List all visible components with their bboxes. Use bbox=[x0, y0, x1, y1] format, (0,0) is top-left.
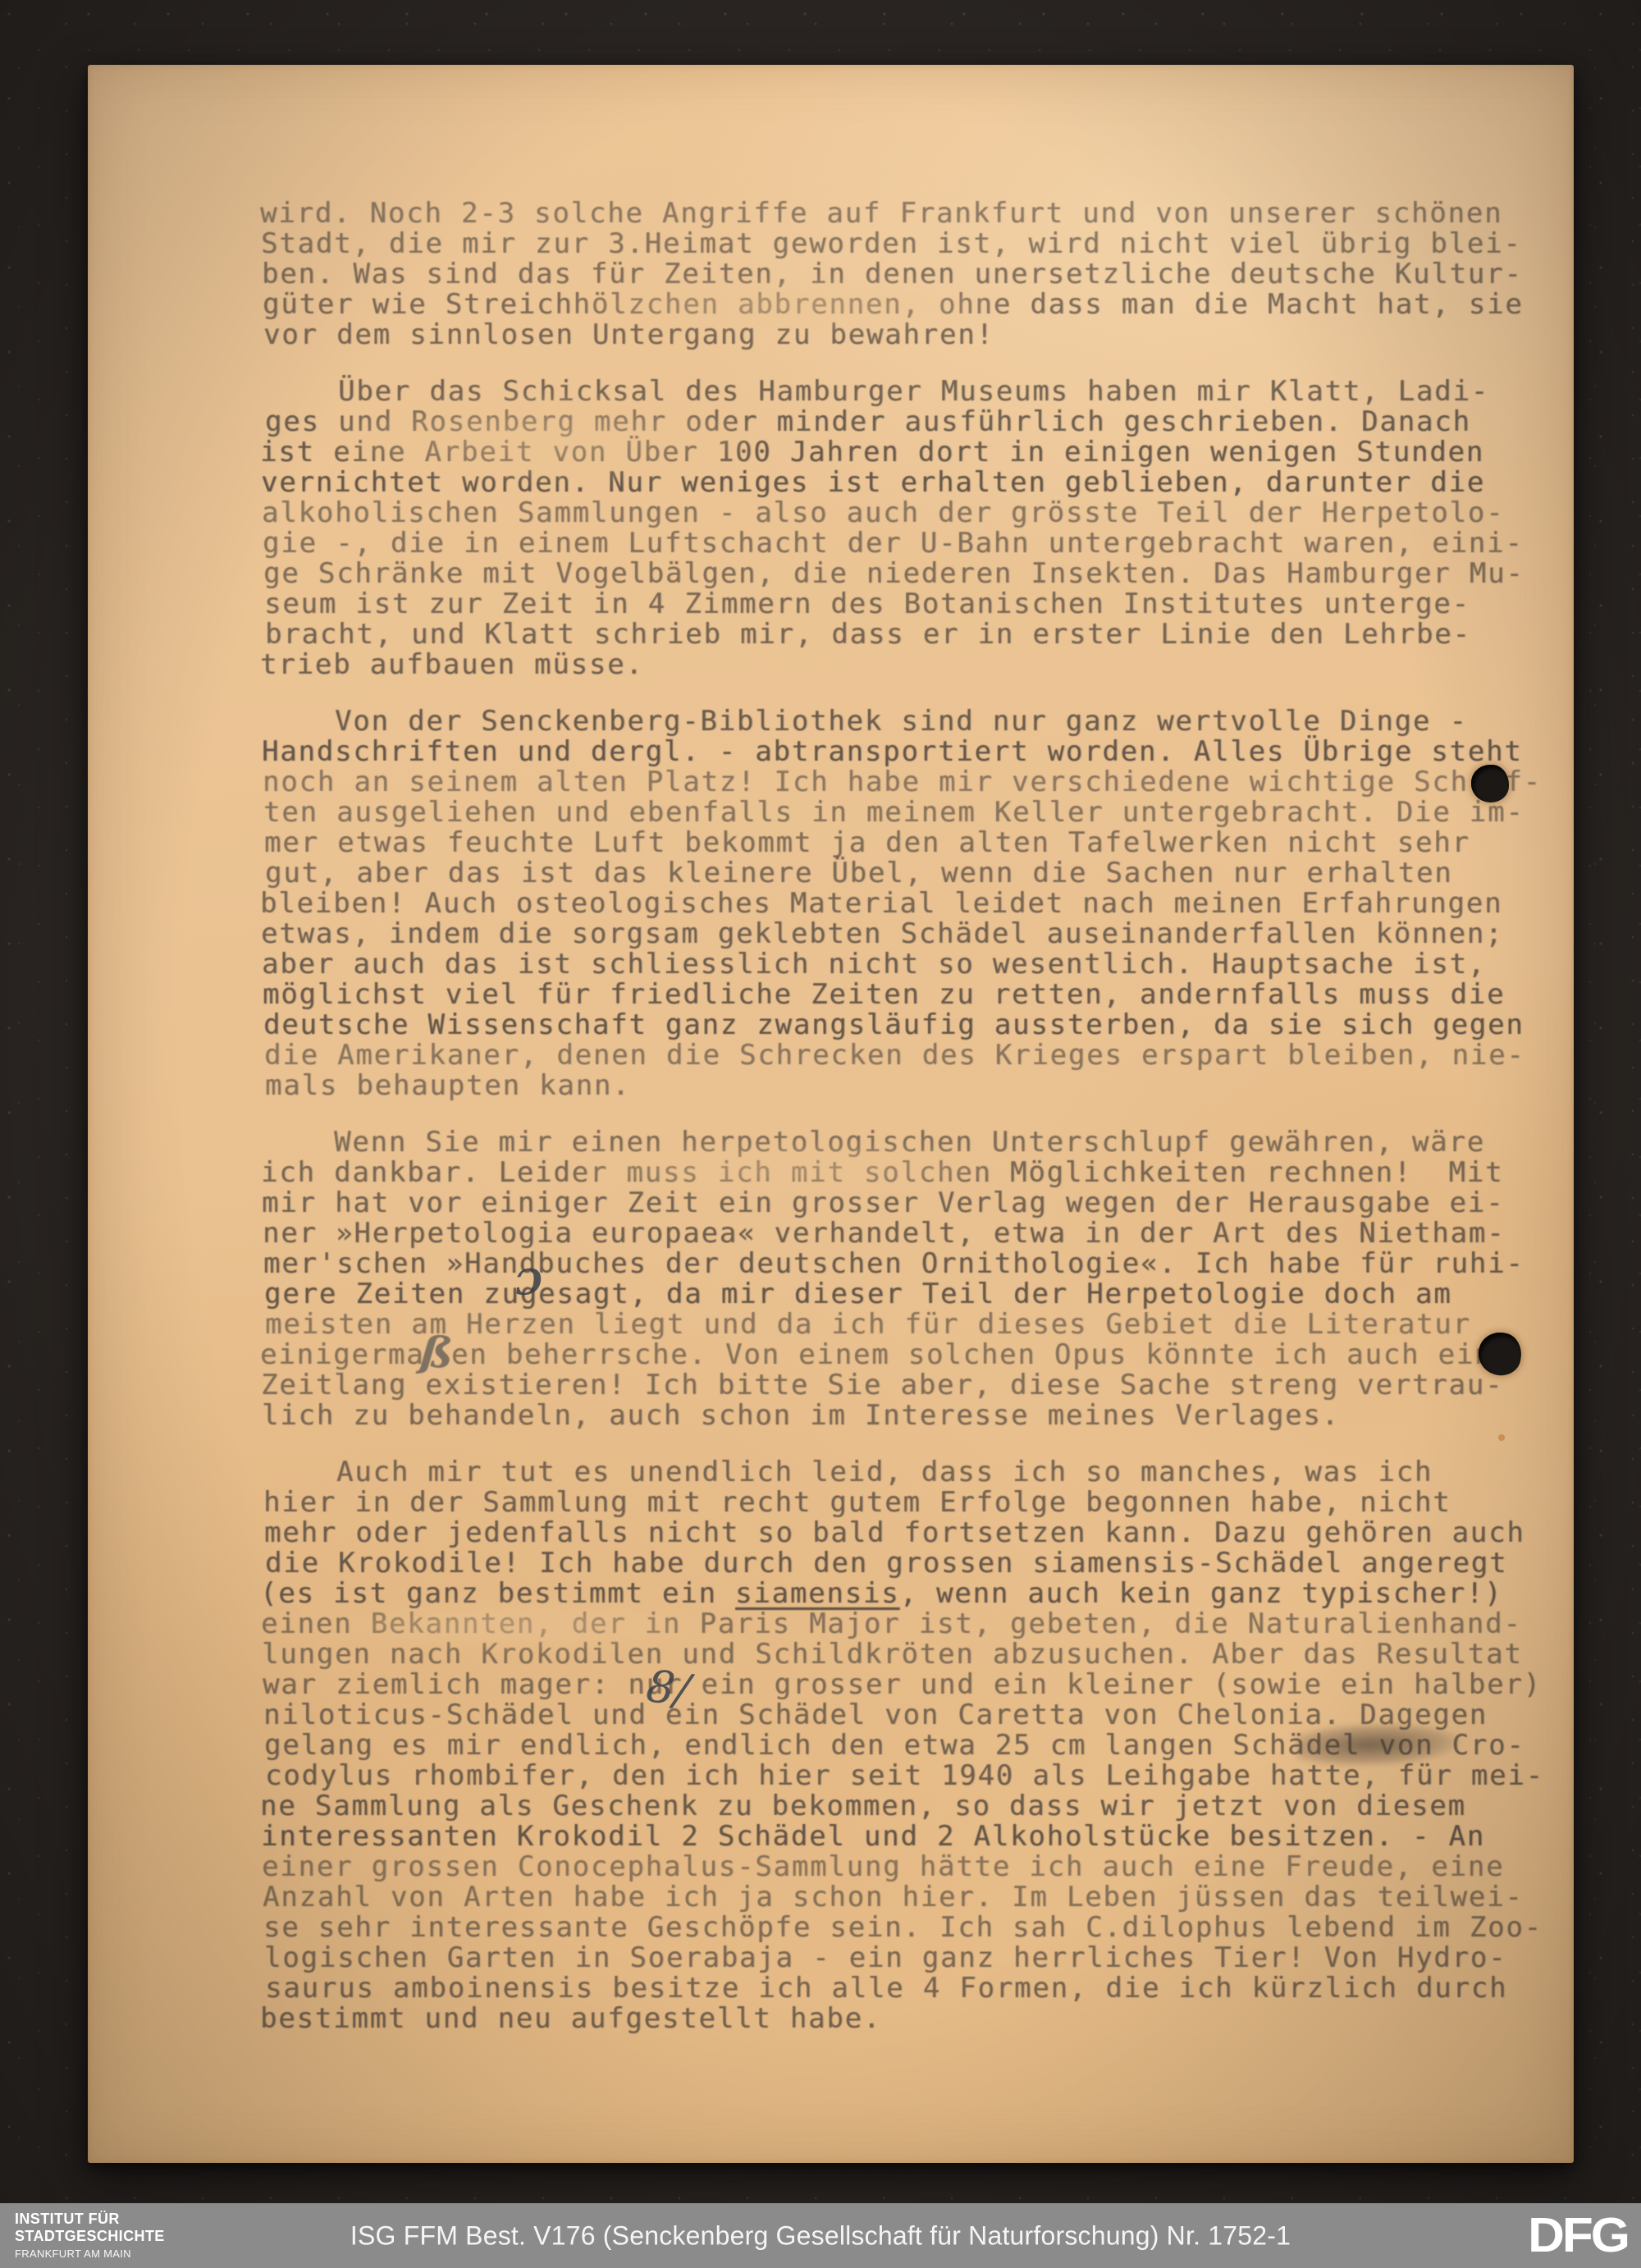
typed-line: seum ist zur Zeit in 4 Zimmern des Botan… bbox=[264, 589, 1577, 620]
typed-line: Von der Senckenberg-Bibliothek sind nur … bbox=[261, 706, 1574, 737]
typed-line: meisten am Herzen liegt und da ich für d… bbox=[265, 1310, 1578, 1340]
underlined-word: siamensis bbox=[735, 1577, 899, 1610]
typed-line: güter wie Streichhölzchen abbrennen, ohn… bbox=[263, 290, 1575, 320]
typed-line: bestimmt und neu aufgestellt habe. bbox=[260, 2004, 1573, 2034]
institute-line: INSTITUT FÜR bbox=[15, 2211, 165, 2228]
scan-viewer: wird. Noch 2-3 solche Angriffe auf Frank… bbox=[0, 0, 1641, 2268]
typed-line: ich dankbar. Leider muss ich mit solchen… bbox=[261, 1158, 1574, 1188]
typed-line: ne Sammlung als Geschenk zu bekommen, so… bbox=[260, 1791, 1573, 1822]
typed-paragraph: Wenn Sie mir einen herpetologischen Unte… bbox=[263, 1127, 1575, 1431]
typed-line: einigermaßen beherrsche. Von einem solch… bbox=[260, 1340, 1573, 1370]
typed-line: Über das Schicksal des Hamburger Museums… bbox=[264, 377, 1577, 407]
typed-line: ten ausgeliehen und ebenfalls in meinem … bbox=[263, 798, 1576, 828]
typed-line: möglichst viel für friedliche Zeiten zu … bbox=[263, 980, 1575, 1010]
typed-line: ben. Was sind das für Zeiten, in denen u… bbox=[262, 259, 1575, 290]
typed-line: Anzahl von Arten habe ich ja schon hier.… bbox=[263, 1882, 1575, 1913]
typed-line: einer grossen Conocephalus-Sammlung hätt… bbox=[262, 1852, 1575, 1882]
typed-line: bleiben! Auch osteologisches Material le… bbox=[260, 889, 1573, 919]
institute-line: STADTGESCHICHTE bbox=[15, 2228, 165, 2245]
typed-line: vor dem sinnlosen Untergang zu bewahren! bbox=[263, 320, 1576, 350]
typed-line: ges und Rosenberg mehr oder minder ausfü… bbox=[265, 407, 1578, 437]
typed-line: ist eine Arbeit von Über 100 Jahren dort… bbox=[260, 437, 1573, 468]
typed-line: mals behaupten kann. bbox=[265, 1071, 1578, 1101]
typed-line: wird. Noch 2-3 solche Angriffe auf Frank… bbox=[260, 199, 1573, 229]
typed-line: war ziemlich mager: nur ein grosser und … bbox=[263, 1670, 1575, 1700]
typed-line: gelang es mir endlich, endlich den etwa … bbox=[264, 1731, 1577, 1761]
typed-paragraph: wird. Noch 2-3 solche Angriffe auf Frank… bbox=[263, 199, 1575, 350]
archive-reference: ISG FFM Best. V176 (Senckenberg Gesellsc… bbox=[350, 2220, 1291, 2251]
typed-line: gere Zeiten zugesagt, da mir dieser Teil… bbox=[264, 1279, 1577, 1310]
typed-line: Handschriften und dergl. - abtransportie… bbox=[262, 737, 1575, 767]
typed-paragraph: Über das Schicksal des Hamburger Museums… bbox=[263, 377, 1575, 680]
typed-line: trieb aufbauen müsse. bbox=[260, 650, 1573, 680]
typed-letter-text: wird. Noch 2-3 solche Angriffe auf Frank… bbox=[263, 199, 1575, 2034]
typed-line: noch an seinem alten Platz! Ich habe mir… bbox=[263, 767, 1575, 798]
typed-line: deutsche Wissenschaft ganz zwangsläufig … bbox=[263, 1010, 1576, 1040]
typed-line: logischen Garten in Soerabaja - ein ganz… bbox=[264, 1943, 1577, 1973]
typed-line: vernichtet worden. Nur weniges ist erhal… bbox=[261, 468, 1574, 498]
handwritten-eszett: ß bbox=[421, 1351, 453, 1354]
paper-speck bbox=[1498, 1434, 1505, 1441]
typed-line: (es ist ganz bestimmt ein siamensis, wen… bbox=[260, 1579, 1573, 1609]
typed-line: die Krokodile! Ich habe durch den grosse… bbox=[265, 1548, 1578, 1579]
typed-line: hier in der Sammlung mit recht gutem Erf… bbox=[263, 1488, 1576, 1518]
typed-line: etwas, indem die sorgsam geklebten Schäd… bbox=[261, 919, 1574, 949]
typed-line: codylus rhombifer, den ich hier seit 194… bbox=[265, 1761, 1578, 1791]
typed-line: niloticus-Schädel und ein Schädel von Ca… bbox=[263, 1700, 1576, 1731]
typed-line: Zeitlang existieren! Ich bitte Sie aber,… bbox=[261, 1370, 1574, 1401]
punch-hole bbox=[1471, 765, 1509, 802]
typed-line: gie -, die in einem Luftschacht der U-Ba… bbox=[263, 528, 1575, 559]
typed-paragraph: Auch mir tut es unendlich leid, dass ich… bbox=[263, 1457, 1575, 2034]
typed-line: ner »Herpetologia europaea« verhandelt, … bbox=[263, 1219, 1575, 1249]
typed-line: lich zu behandeln, auch schon im Interes… bbox=[262, 1401, 1575, 1431]
typed-line: saurus amboinensis besitze ich alle 4 Fo… bbox=[265, 1973, 1578, 2004]
typed-line: mir hat vor einiger Zeit ein grosser Ver… bbox=[262, 1188, 1575, 1219]
typed-line: mer etwas feuchte Luft bekommt ja den al… bbox=[264, 828, 1577, 858]
institute-logo: INSTITUT FÜR STADTGESCHICHTE FRANKFURT A… bbox=[15, 2211, 165, 2261]
footer-bar: INSTITUT FÜR STADTGESCHICHTE FRANKFURT A… bbox=[0, 2203, 1641, 2268]
typed-line: mer'schen »Handbuches der deutschen Orni… bbox=[263, 1249, 1576, 1279]
typed-line: interessanten Krokodil 2 Schädel und 2 A… bbox=[261, 1822, 1574, 1852]
typed-line: mehr oder jedenfalls nicht so bald forts… bbox=[264, 1518, 1577, 1548]
typed-paragraph: Von der Senckenberg-Bibliothek sind nur … bbox=[263, 706, 1575, 1101]
typed-line: lungen nach Krokodilen und Schildkröten … bbox=[262, 1639, 1575, 1670]
institute-line: FRANKFURT AM MAIN bbox=[15, 2247, 165, 2261]
typed-line: einen Bekannten, der in Paris Major ist,… bbox=[261, 1609, 1574, 1639]
typed-line: alkoholischen Sammlungen - also auch der… bbox=[262, 498, 1575, 528]
typed-line: gut, aber das ist das kleinere Übel, wen… bbox=[265, 858, 1578, 889]
typed-line: Wenn Sie mir einen herpetologischen Unte… bbox=[260, 1127, 1573, 1158]
dfg-logo: DFG bbox=[1528, 2208, 1628, 2263]
typed-line: die Amerikaner, denen die Schrecken des … bbox=[264, 1040, 1577, 1071]
typed-line: bracht, und Klatt schrieb mir, dass er i… bbox=[265, 620, 1578, 650]
typed-line: Auch mir tut es unendlich leid, dass ich… bbox=[263, 1457, 1575, 1488]
typed-line: ge Schränke mit Vogelbälgen, die niedere… bbox=[263, 559, 1576, 589]
typed-line: Stadt, die mir zur 3.Heimat geworden ist… bbox=[261, 229, 1574, 259]
typed-line: se sehr interessante Geschöpfe sein. Ich… bbox=[263, 1913, 1576, 1943]
typed-line: aber auch das ist schliesslich nicht so … bbox=[262, 949, 1575, 980]
